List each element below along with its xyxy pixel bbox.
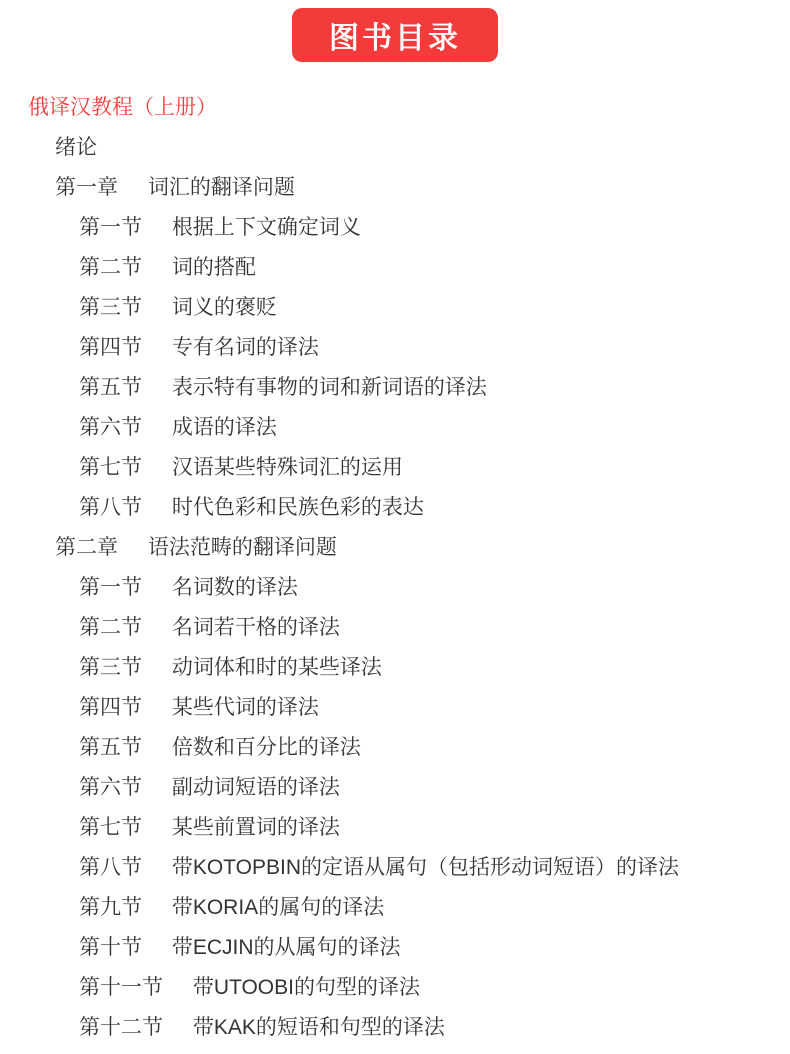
toc-item-title: 汉语某些特殊词汇的运用 (172, 456, 403, 479)
toc-item-label: 第二节 (79, 616, 142, 639)
toc-item-title: 带KOTOPBIN的定语从属句（包括形动词短语）的译法 (172, 856, 679, 879)
toc-item-label: 第二章 (55, 536, 118, 559)
toc-item-title: 名词数的译法 (172, 576, 298, 599)
toc-item: 第二节 名词若干格的译法 (0, 608, 790, 648)
toc-item: 第六节 副动词短语的译法 (0, 768, 790, 808)
toc-item-label: 第五节 (79, 736, 142, 759)
toc-item: 第三节 动词体和时的某些译法 (0, 648, 790, 688)
toc-item: 第五节 倍数和百分比的译法 (0, 728, 790, 768)
toc-item: 第二节 词的搭配 (0, 248, 790, 288)
toc-item: 第五节 表示特有事物的词和新词语的译法 (0, 368, 790, 408)
toc-item: 第四节 某些代词的译法 (0, 688, 790, 728)
toc-item-label: 第八节 (79, 856, 142, 879)
toc-item: 第十一节 带UTOOBI的句型的译法 (0, 968, 790, 1008)
toc-item-title: 根据上下文确定词义 (172, 216, 361, 239)
toc-item: 第七节 汉语某些特殊词汇的运用 (0, 448, 790, 488)
toc-item: 第四节 专有名词的译法 (0, 328, 790, 368)
toc-item: 第七节 某些前置词的译法 (0, 808, 790, 848)
toc-item-title: 成语的译法 (172, 416, 277, 439)
toc-item-title: 某些前置词的译法 (172, 816, 340, 839)
toc-item: 第一节 名词数的译法 (0, 568, 790, 608)
toc-item-title: 带ECJIN的从属句的译法 (172, 936, 401, 959)
toc-item-label: 第一章 (55, 176, 118, 199)
toc-item: 第一节 根据上下文确定词义 (0, 208, 790, 248)
toc-item: 第十二节 带KAK的短语和句型的译法 (0, 1008, 790, 1048)
toc-item-label: 第六节 (79, 416, 142, 439)
toc-item: 第三节 词义的褒贬 (0, 288, 790, 328)
toc-item: 第二章 语法范畴的翻译问题 (0, 528, 790, 568)
toc-item: 第八节 时代色彩和民族色彩的表达 (0, 488, 790, 528)
toc-item-title: 副动词短语的译法 (172, 776, 340, 799)
toc-item-label: 第九节 (79, 896, 142, 919)
toc-item-label: 第十二节 (79, 1016, 163, 1039)
toc-item-label: 第三节 (79, 656, 142, 679)
toc-item-title: 专有名词的译法 (172, 336, 319, 359)
toc-item-label: 第十一节 (79, 976, 163, 999)
toc-item: 第八节 带KOTOPBIN的定语从属句（包括形动词短语）的译法 (0, 848, 790, 888)
toc-item-label: 绪论 (55, 136, 97, 159)
toc-item-title: 词的搭配 (172, 256, 256, 279)
toc-item: 第一章 词汇的翻译问题 (0, 168, 790, 208)
toc-item-label: 第四节 (79, 336, 142, 359)
toc-list: 绪论 第一章 词汇的翻译问题 第一节 根据上下文确定词义 第二节 词的搭配 第三… (0, 128, 790, 1048)
toc-item-label: 第六节 (79, 776, 142, 799)
toc-item-title: 某些代词的译法 (172, 696, 319, 719)
toc-item-label: 第一节 (79, 576, 142, 599)
toc-item-title: 带UTOOBI的句型的译法 (193, 976, 420, 999)
toc-header-label: 图书目录 (329, 13, 461, 57)
toc-item-title: 时代色彩和民族色彩的表达 (172, 496, 424, 519)
toc-item-title: 倍数和百分比的译法 (172, 736, 361, 759)
toc-item-label: 第七节 (79, 816, 142, 839)
toc-item-label: 第七节 (79, 456, 142, 479)
toc-item: 第六节 成语的译法 (0, 408, 790, 448)
toc-item-label: 第四节 (79, 696, 142, 719)
toc-item: 第十节 带ECJIN的从属句的译法 (0, 928, 790, 968)
toc-item: 第九节 带KORIA的属句的译法 (0, 888, 790, 928)
toc-item-label: 第一节 (79, 216, 142, 239)
toc-item-label: 第五节 (79, 376, 142, 399)
toc-item-label: 第十节 (79, 936, 142, 959)
toc-item-title: 名词若干格的译法 (172, 616, 340, 639)
toc-item-title: 带KAK的短语和句型的译法 (193, 1016, 445, 1039)
toc-item-label: 第二节 (79, 256, 142, 279)
book-title: 俄译汉教程（上册） (0, 88, 790, 128)
toc-item-title: 表示特有事物的词和新词语的译法 (172, 376, 487, 399)
toc-item-title: 语法范畴的翻译问题 (148, 536, 337, 559)
toc-item-title: 词汇的翻译问题 (148, 176, 295, 199)
toc-item-title: 词义的褒贬 (172, 296, 277, 319)
toc-header-badge: 图书目录 (292, 8, 498, 62)
toc-item-label: 第八节 (79, 496, 142, 519)
toc-item-label: 第三节 (79, 296, 142, 319)
toc-item-title: 带KORIA的属句的译法 (172, 896, 384, 919)
toc-item-title: 动词体和时的某些译法 (172, 656, 382, 679)
book-toc-page: 图书目录 俄译汉教程（上册） 绪论 第一章 词汇的翻译问题 第一节 根据上下文确… (0, 0, 790, 1054)
toc-item: 绪论 (0, 128, 790, 168)
